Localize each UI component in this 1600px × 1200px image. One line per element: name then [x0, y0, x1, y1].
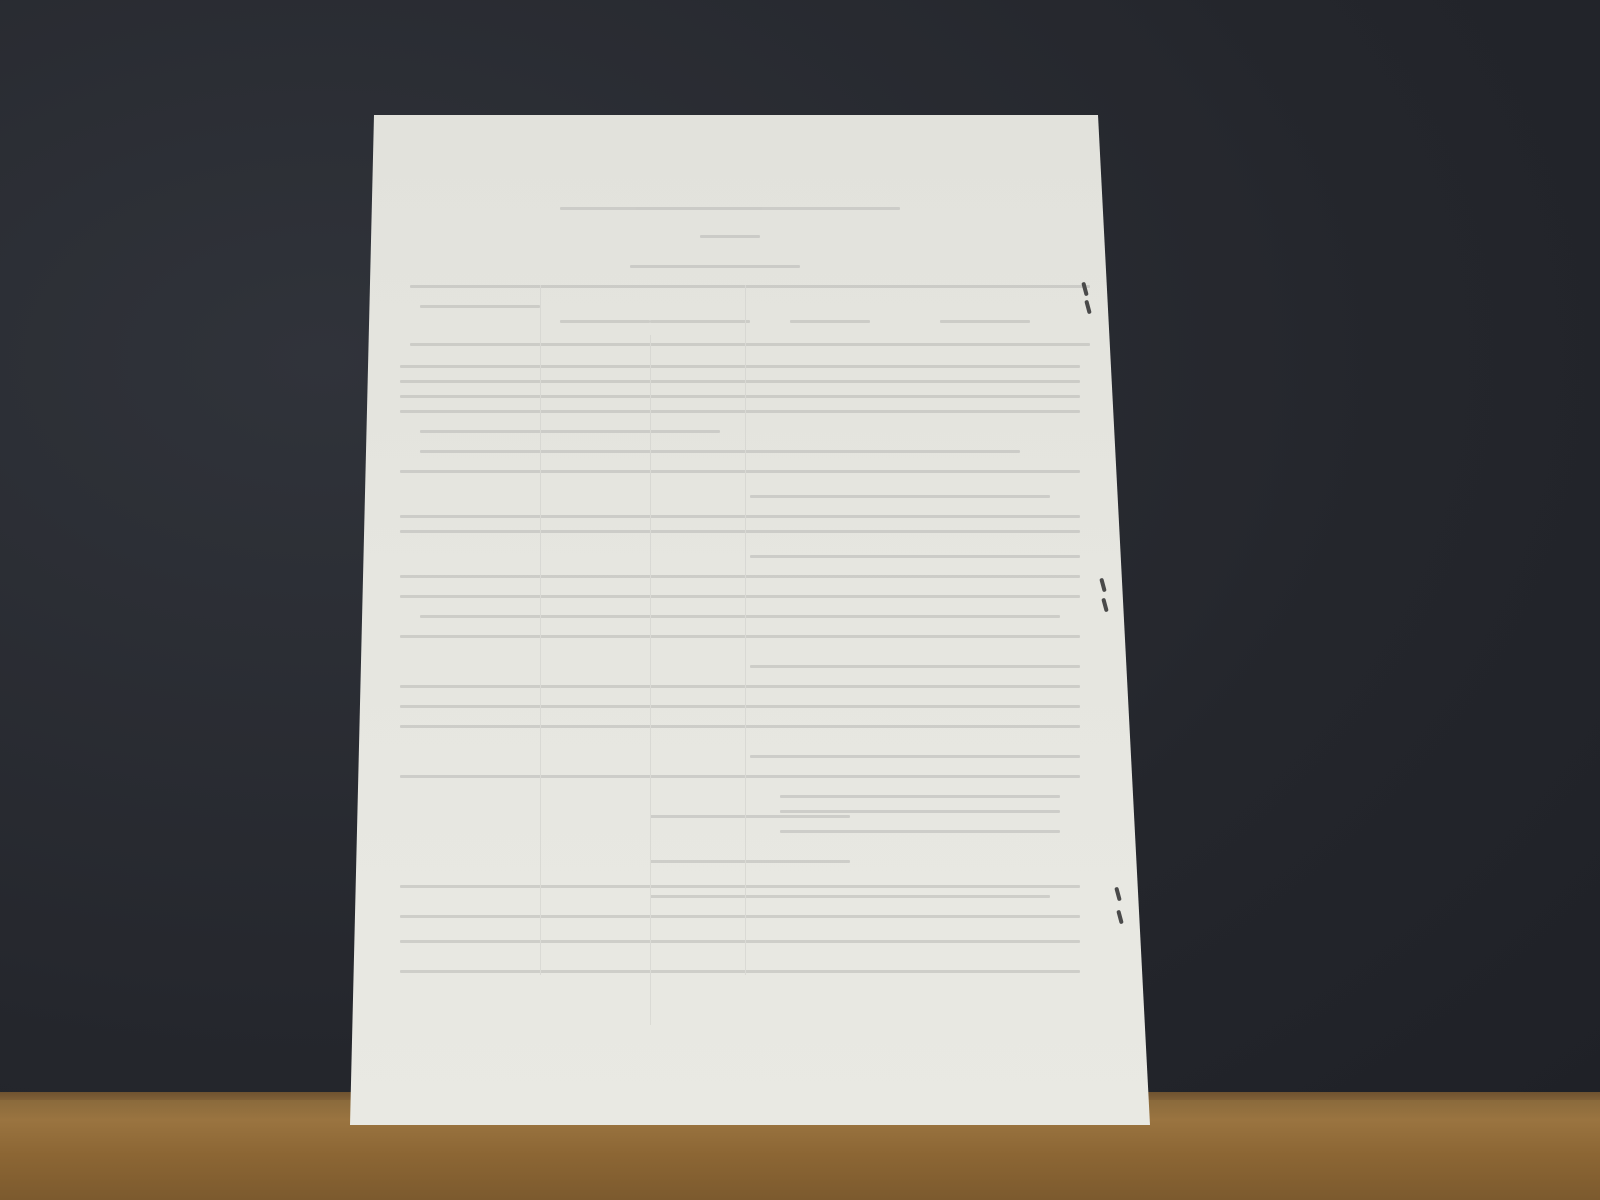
show-through-rule [540, 285, 541, 975]
show-through-line [400, 970, 1080, 973]
show-through-line [410, 343, 1090, 346]
show-through-line [940, 320, 1030, 323]
show-through-line [560, 320, 650, 323]
show-through-line [650, 320, 750, 323]
show-through-line [560, 207, 900, 210]
show-through-line [750, 555, 1080, 558]
show-through-line [400, 915, 1080, 918]
show-through-line [630, 265, 800, 268]
show-through-rule [650, 335, 651, 1025]
show-through-line [400, 775, 1080, 778]
show-through-line [790, 320, 870, 323]
show-through-line [400, 575, 1080, 578]
show-through-line [400, 395, 1080, 398]
show-through-line [400, 635, 1080, 638]
show-through-line [420, 430, 720, 433]
show-through-line [400, 470, 1080, 473]
show-through-line [420, 450, 1020, 453]
show-through-text [400, 195, 1090, 995]
show-through-line [400, 410, 1080, 413]
show-through-line [400, 515, 1080, 518]
show-through-line [420, 305, 540, 308]
show-through-line [750, 495, 1050, 498]
show-through-line [400, 940, 1080, 943]
show-through-line [400, 705, 1080, 708]
show-through-line [780, 810, 1060, 813]
show-through-line [400, 530, 1080, 533]
show-through-line [650, 860, 850, 863]
show-through-line [400, 725, 1080, 728]
show-through-line [400, 365, 1080, 368]
show-through-line [410, 285, 1090, 288]
show-through-line [780, 830, 1060, 833]
show-through-line [400, 380, 1080, 383]
show-through-line [400, 595, 1080, 598]
show-through-line [650, 895, 1050, 898]
show-through-rule [745, 285, 746, 975]
show-through-line [650, 815, 850, 818]
show-through-line [400, 685, 1080, 688]
show-through-line [700, 235, 760, 238]
show-through-line [750, 755, 1080, 758]
show-through-line [420, 615, 1060, 618]
show-through-line [780, 795, 1060, 798]
show-through-line [750, 665, 1080, 668]
show-through-line [400, 885, 1080, 888]
